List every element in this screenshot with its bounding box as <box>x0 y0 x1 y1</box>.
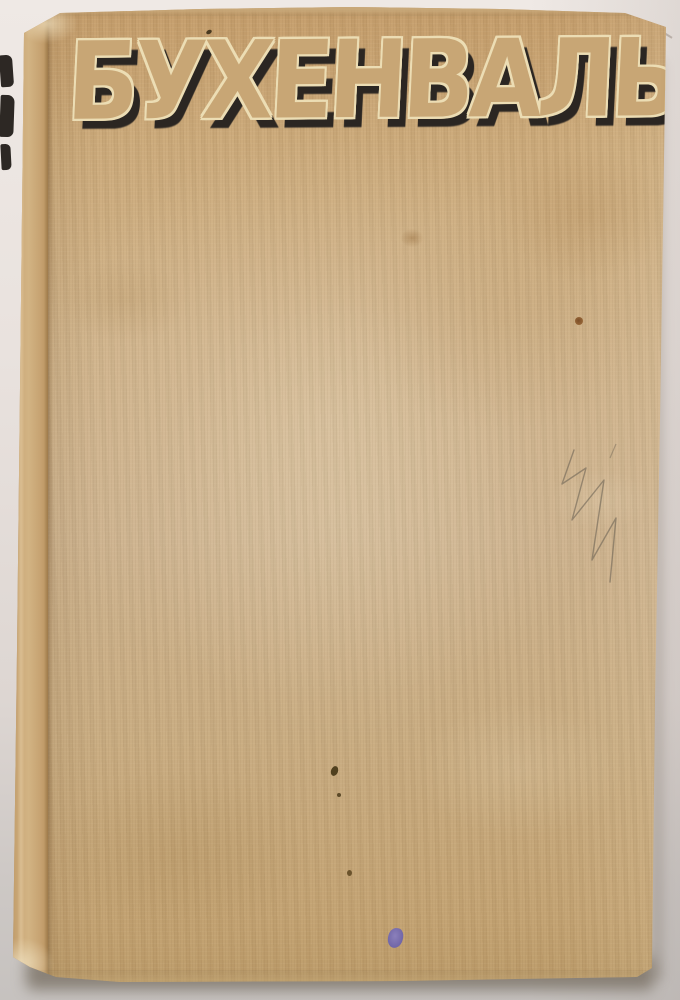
cover-edge-vignette <box>0 0 680 1000</box>
spine-label-tear-mark <box>0 144 11 170</box>
spine-label-tear-mark <box>0 95 15 137</box>
book-front-cover: БУХЕНВАЛЬД БУХЕНВАЛЬД <box>0 0 680 1000</box>
spine-label-tear-mark <box>0 55 14 88</box>
photo-of-book: БУХЕНВАЛЬД БУХЕНВАЛЬД <box>0 0 680 1000</box>
